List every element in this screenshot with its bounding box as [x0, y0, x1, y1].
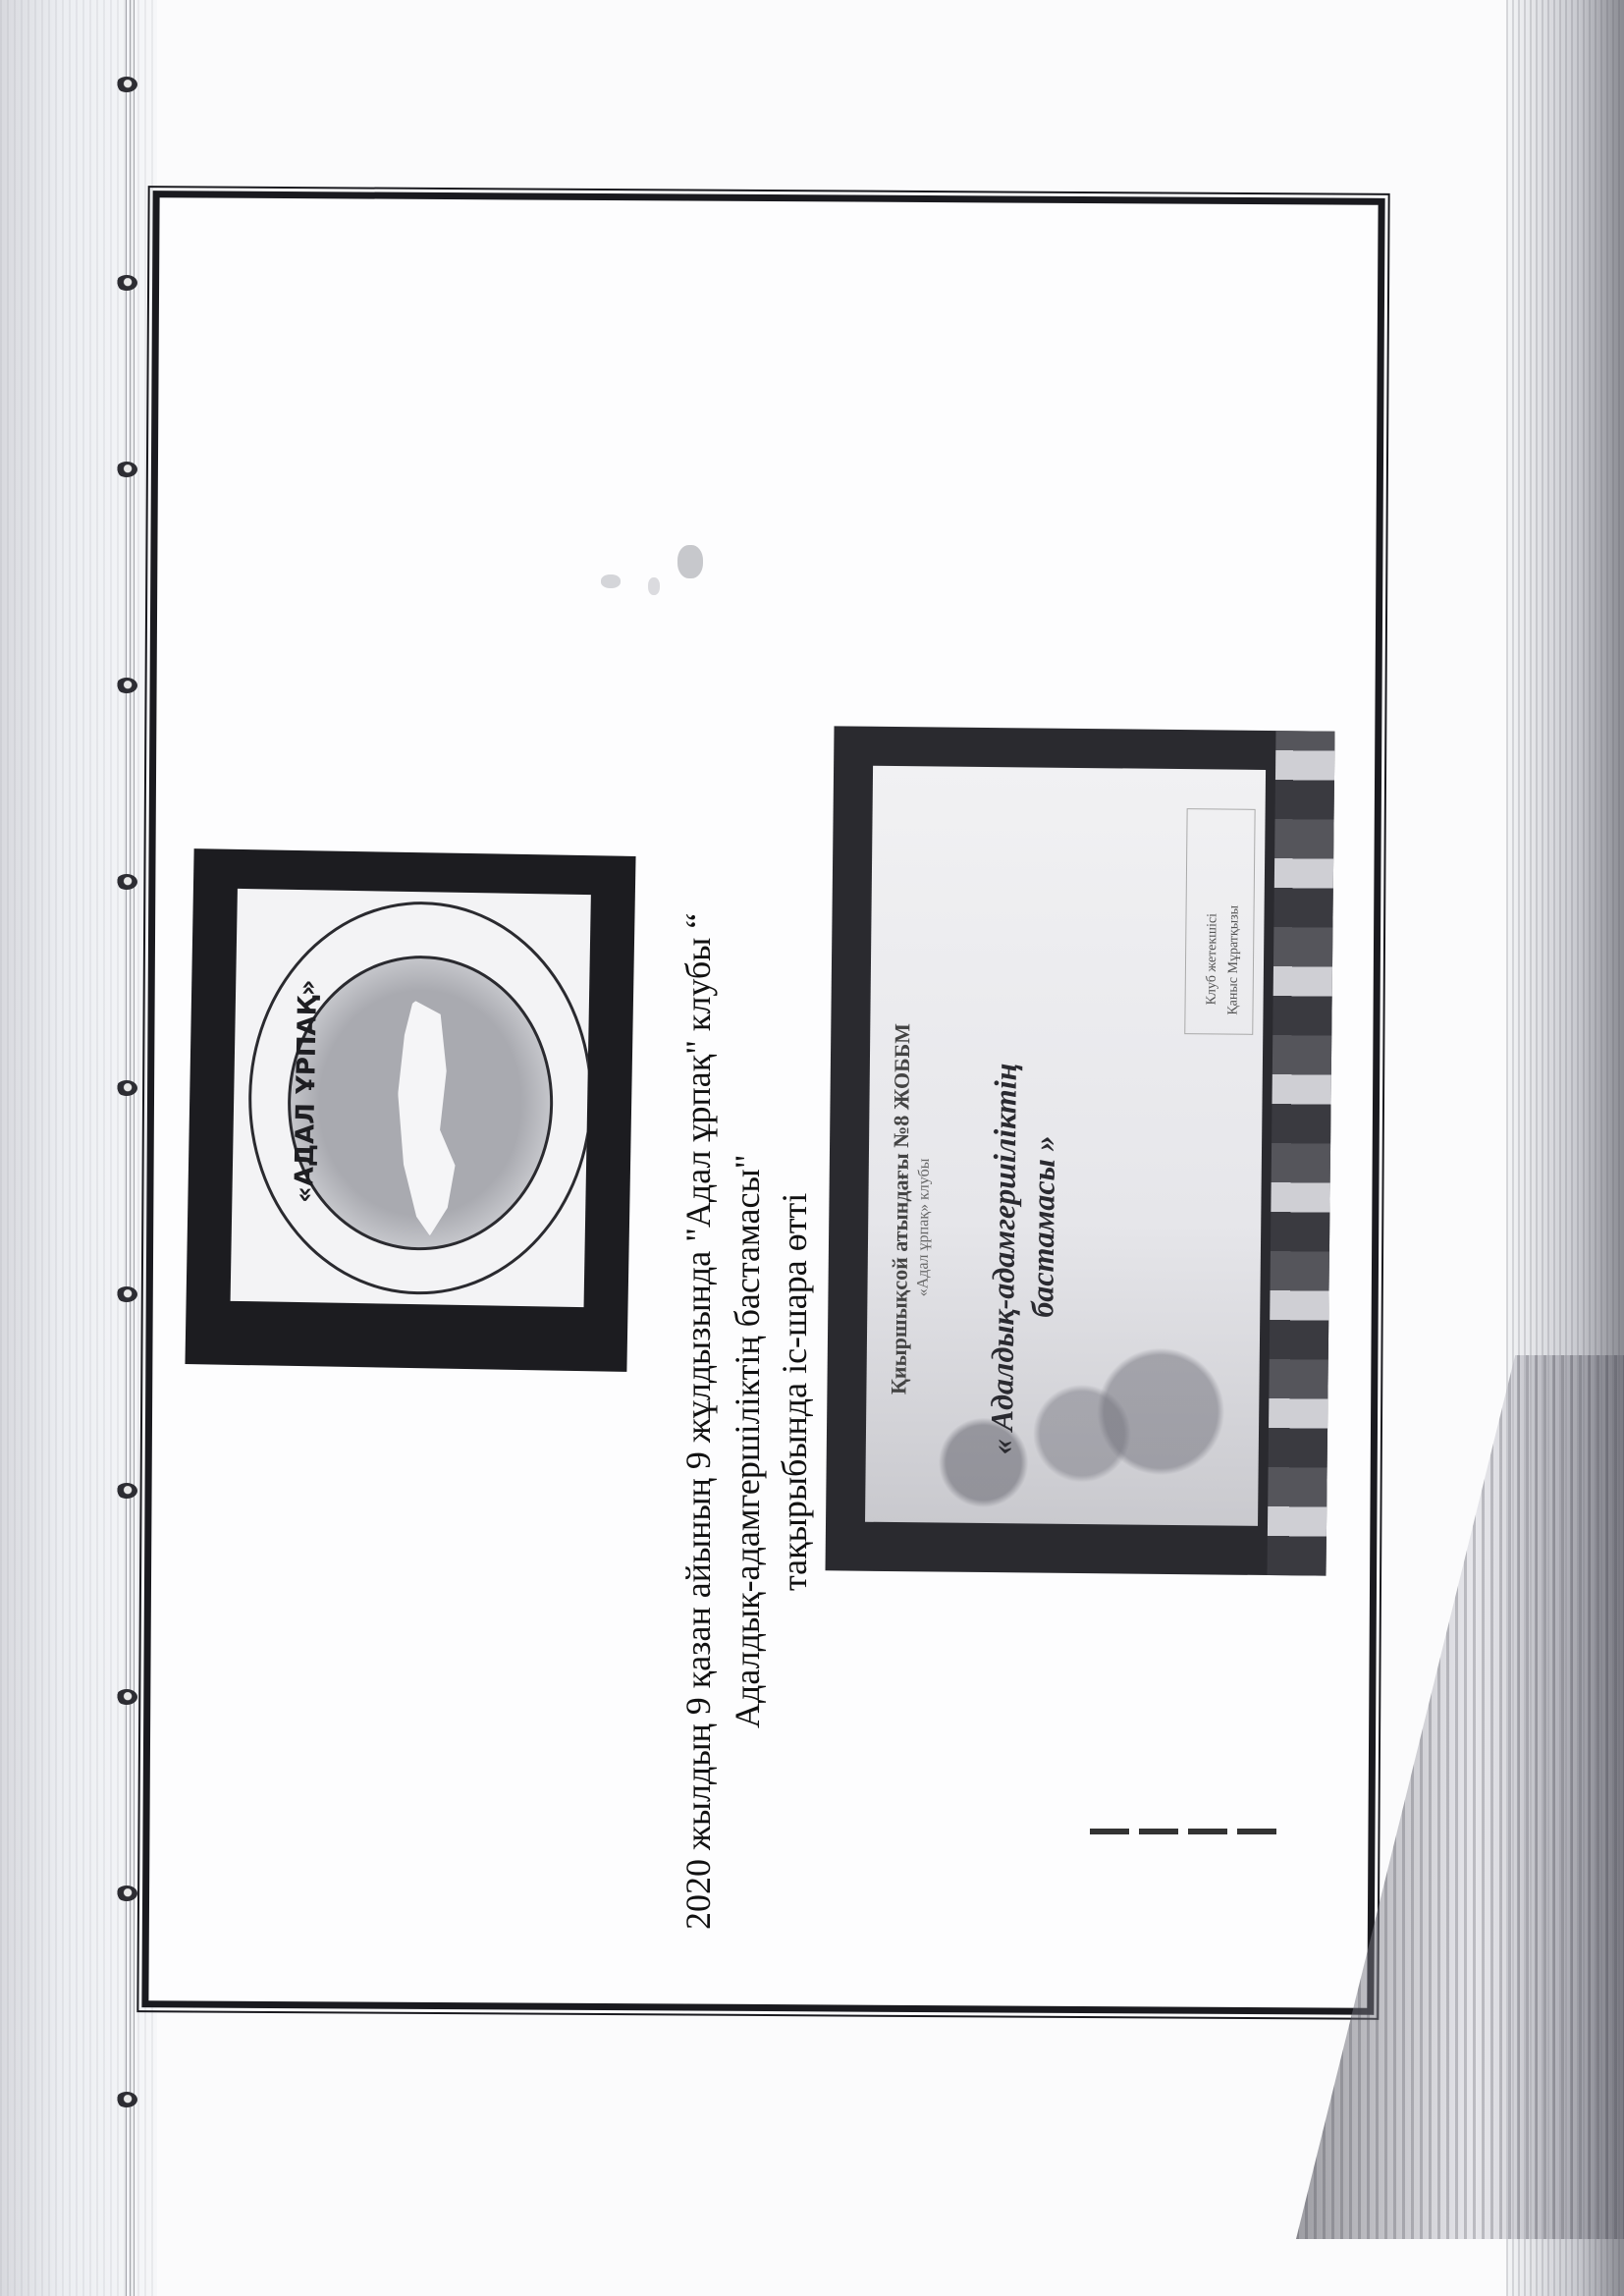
ink-smudge: [601, 574, 621, 588]
binding-hole-icon: [116, 1286, 137, 1302]
binding-hole-icon: [116, 874, 137, 890]
binding-hole-icon: [116, 1689, 137, 1705]
slide-title-line-1: « Адалдық-адамгершіліктің: [984, 1063, 1024, 1454]
slide-club-name: «Адал ұрпақ» клубы: [914, 1158, 933, 1296]
binding-hole-icon: [116, 77, 137, 92]
event-caption: 2020 жылдың 9 қазан айының 9 жұлдызында …: [668, 462, 844, 1935]
slide-photo-edge: [1267, 731, 1334, 1576]
caption-line-1: 2020 жылдың 9 қазан айының 9 жұлдызында …: [677, 913, 719, 1930]
slide-leader-label: Клуб жетекшісі: [1205, 913, 1221, 1006]
binding-hole-icon: [116, 275, 137, 291]
scan-margin-left: [0, 0, 157, 2296]
caption-line-3: тақырыбында іс-шара өтті: [774, 1193, 815, 1591]
logo-ring-text-top: «АДАЛ ҰРПАҚ»: [290, 979, 323, 1203]
caption-line-2: Адалдық-адамгершіліктің бастамасы": [727, 1155, 768, 1728]
ink-smudge: [648, 577, 660, 595]
binding-hole-icon: [116, 2092, 137, 2107]
binding-hole-icon: [116, 462, 137, 477]
presentation-slide-photo: Қиыршықсой атындағы №8 ЖОББМ «Адал ұрпақ…: [826, 726, 1335, 1575]
binding-hole-icon: [116, 1483, 137, 1499]
slide-title-line-2: бастамасы »: [1024, 1135, 1062, 1318]
binding-hole-icon: [116, 678, 137, 693]
scan-artifact-line: [1090, 1829, 1286, 1834]
binding-hole-icon: [116, 1080, 137, 1096]
slide-school-name: Қиыршықсой атындағы №8 ЖОББМ: [886, 1023, 915, 1394]
binding-hole-icon: [116, 1886, 137, 1901]
binding-rail: [126, 0, 135, 2296]
slide-leader-name: Қаныс Мұратқызы: [1225, 905, 1242, 1015]
club-logo: «АДАЛ ҰРПАҚ» ерікті мектеп клубы: [185, 848, 635, 1372]
